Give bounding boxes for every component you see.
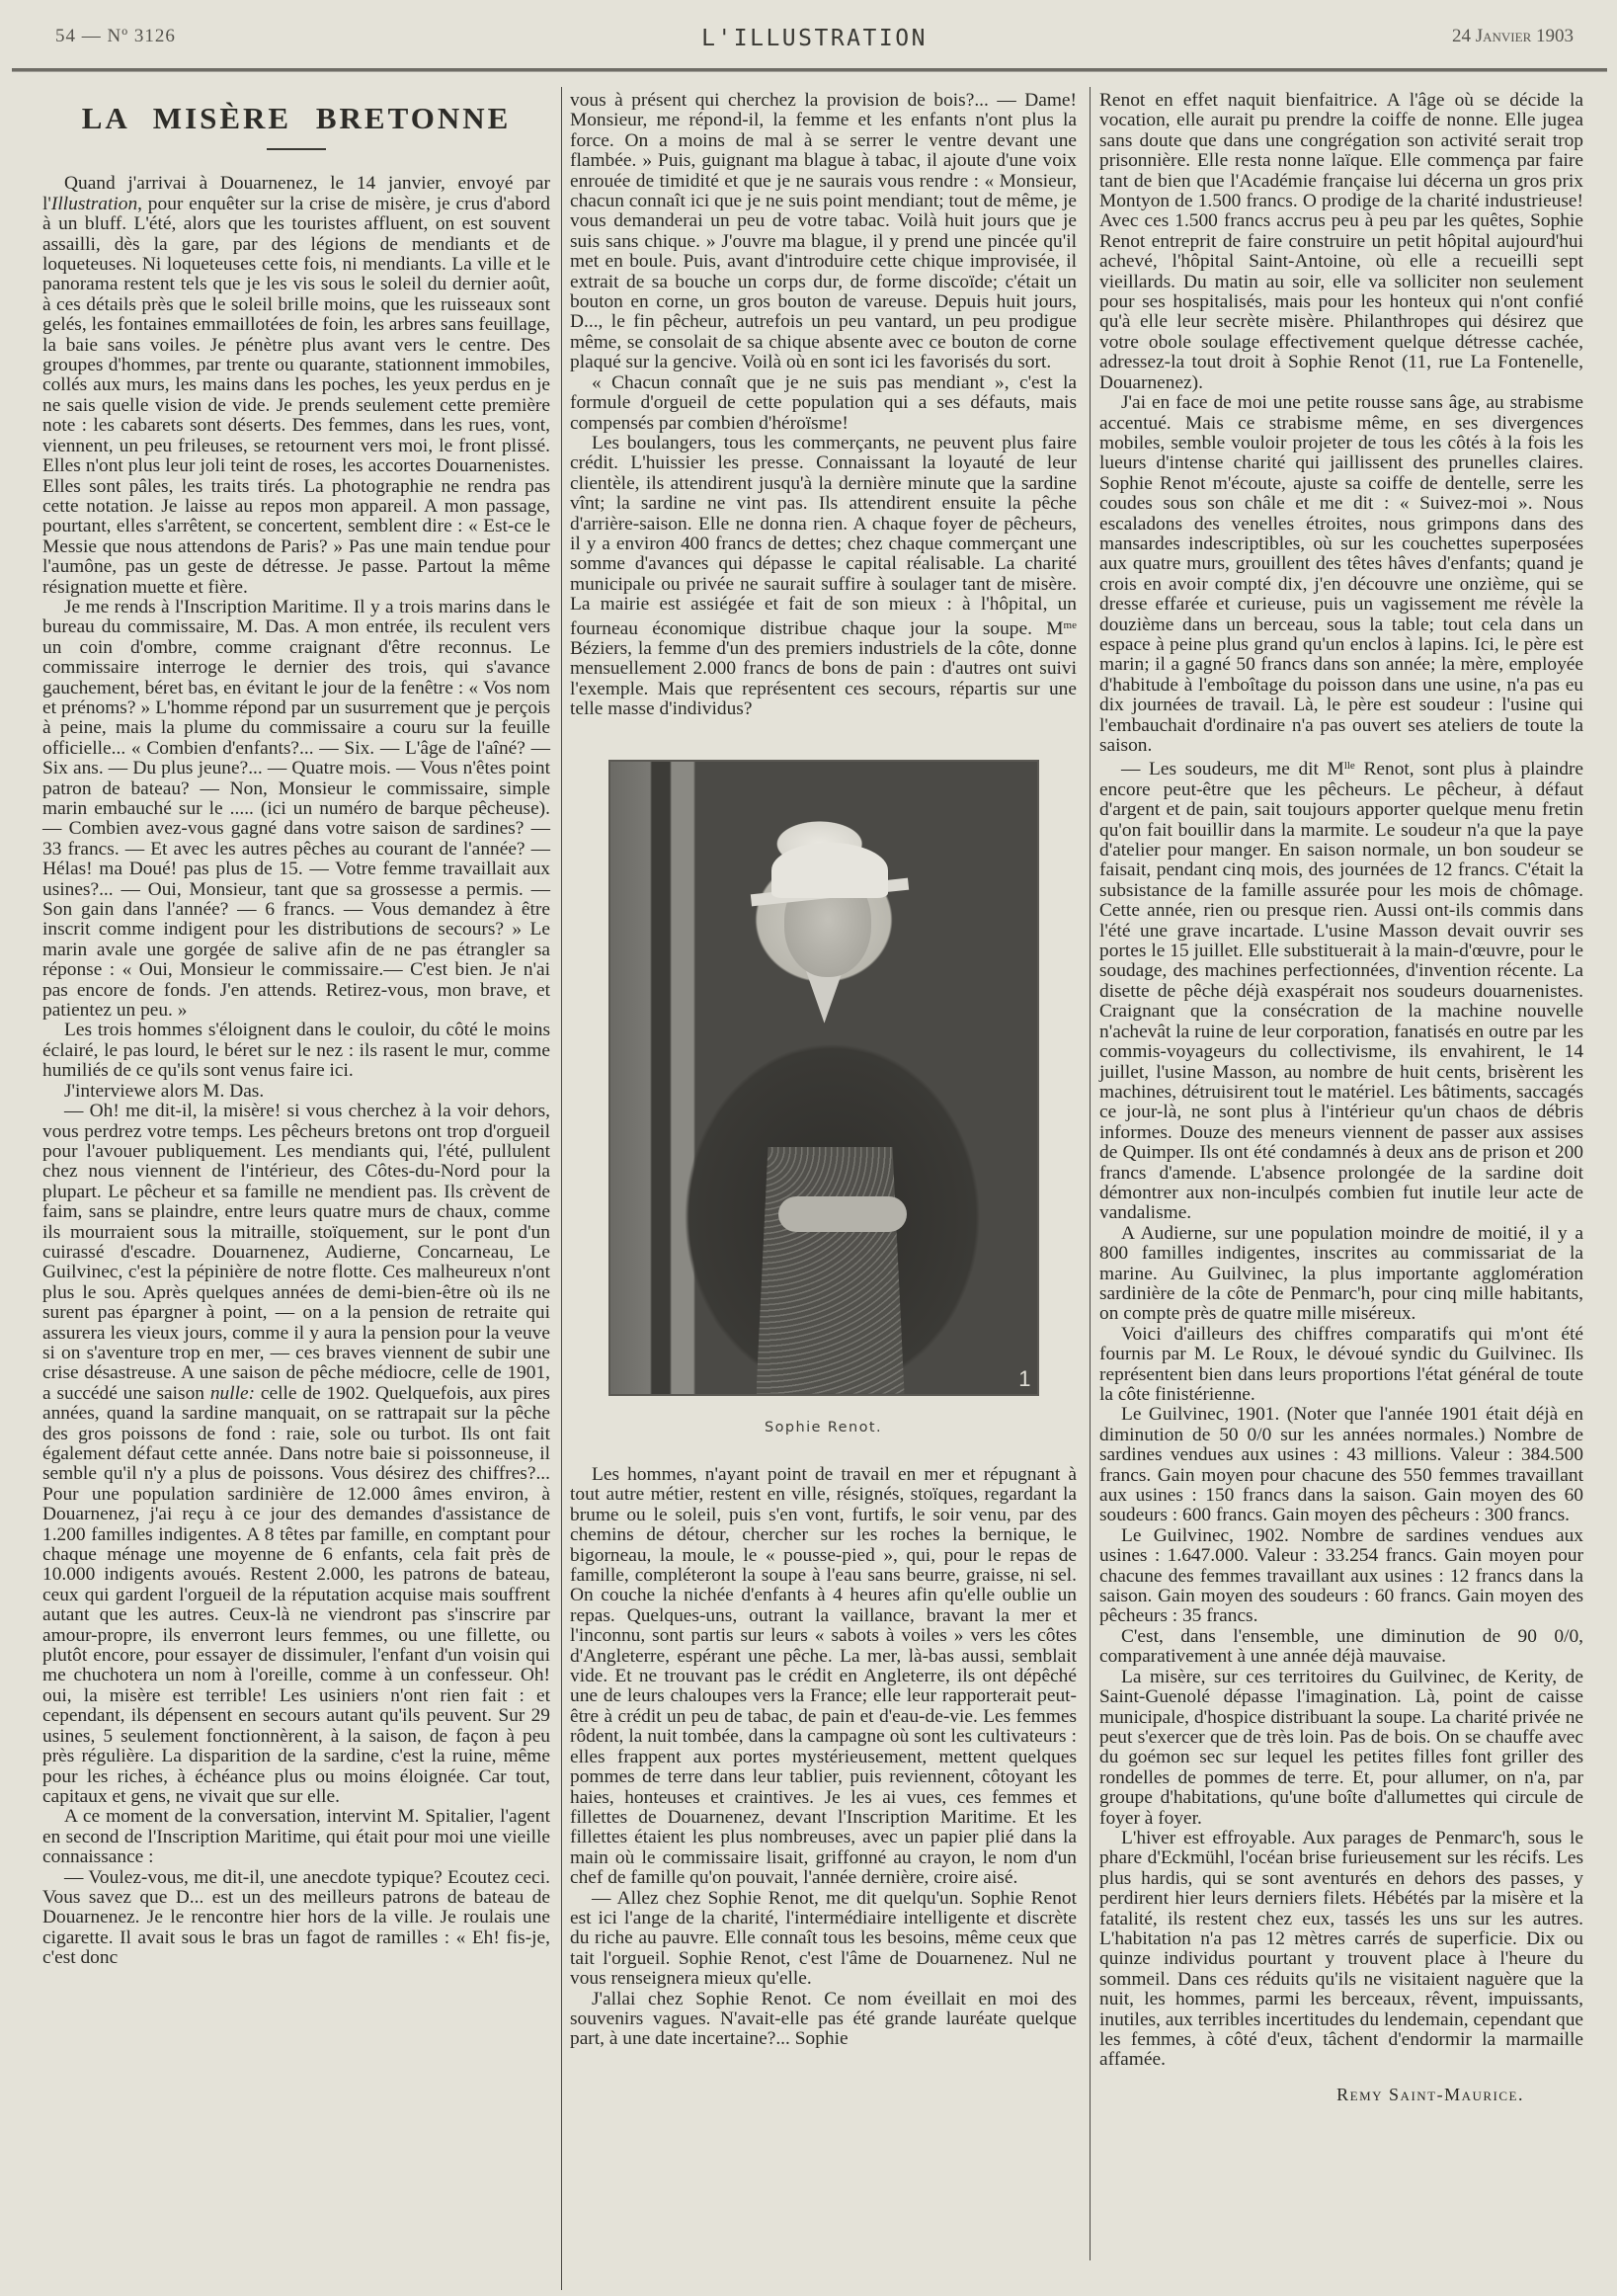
title-rule bbox=[267, 148, 326, 150]
masthead: 54 — Nº 3126 L'ILLUSTRATION 24 Janvier 1… bbox=[51, 22, 1577, 51]
paragraph: Les hommes, n'ayant point de travail en … bbox=[570, 1465, 1077, 1889]
paragraph: — Oh! me dit-il, la misère! si vous cher… bbox=[42, 1102, 550, 1807]
date-day: 24 bbox=[1452, 26, 1471, 46]
paragraph: Les boulangers, tous les commerçants, ne… bbox=[570, 434, 1077, 720]
photo-apron bbox=[757, 1147, 905, 1394]
paragraph: Le Guilvinec, 1902. Nombre de sardines v… bbox=[1099, 1526, 1583, 1627]
photo-coiffe bbox=[771, 843, 888, 898]
article-column-1: LA MISÈRE BRETONNE Quand j'arrivai à Dou… bbox=[42, 99, 550, 1969]
paragraph: — Allez chez Sophie Renot, me dit quelqu… bbox=[570, 1889, 1077, 1990]
paragraph: Voici d'ailleurs des chiffres comparatif… bbox=[1099, 1325, 1583, 1406]
paragraph: A ce moment de la conversation, intervin… bbox=[42, 1807, 550, 1867]
article-column-3: Renot en effet naquit bienfaitrice. A l'… bbox=[1099, 91, 1583, 2104]
column-divider bbox=[1090, 87, 1091, 2260]
column-divider bbox=[561, 87, 562, 2290]
publication-title: L'ILLUSTRATION bbox=[51, 26, 1577, 51]
figure-caption: Sophie Renot. bbox=[570, 1418, 1077, 1437]
paragraph: « Chacun connaît que je ne suis pas mend… bbox=[570, 373, 1077, 434]
author-signature: Remy Saint-Maurice. bbox=[1099, 2085, 1524, 2104]
paragraph: J'allai chez Sophie Renot. Ce nom éveill… bbox=[570, 1990, 1077, 2050]
masthead-rule bbox=[12, 68, 1607, 72]
date-month: Janvier bbox=[1476, 26, 1532, 46]
paragraph: Renot en effet naquit bienfaitrice. A l'… bbox=[1099, 91, 1583, 393]
paragraph: Quand j'arrivai à Douarnenez, le 14 janv… bbox=[42, 174, 550, 598]
figure: 1 Sophie Renot. bbox=[570, 760, 1077, 1437]
paragraph: Les trois hommes s'éloignent dans le cou… bbox=[42, 1021, 550, 1081]
paragraph: La misère, sur ces territoires du Guilvi… bbox=[1099, 1668, 1583, 1829]
article-title: LA MISÈRE BRETONNE bbox=[42, 109, 550, 128]
paragraph: vous à présent qui cherchez la provision… bbox=[570, 91, 1077, 373]
figure-number: 1 bbox=[1018, 1369, 1030, 1389]
paragraph: — Voulez-vous, me dit-il, une anecdote t… bbox=[42, 1868, 550, 1969]
photo-hands bbox=[778, 1196, 907, 1232]
paragraph: C'est, dans l'ensemble, une diminution d… bbox=[1099, 1627, 1583, 1668]
paragraph: L'hiver est effroyable. Aux parages de P… bbox=[1099, 1829, 1583, 2071]
paragraph: J'ai en face de moi une petite rousse sa… bbox=[1099, 393, 1583, 756]
newspaper-page: 54 — Nº 3126 L'ILLUSTRATION 24 Janvier 1… bbox=[0, 0, 1617, 2296]
portrait-photo: 1 bbox=[608, 760, 1039, 1396]
publication-name-italic: Illustration bbox=[51, 194, 137, 214]
article-column-2: vous à présent qui cherchez la provision… bbox=[570, 91, 1077, 2050]
paragraph: — Les soudeurs, me dit Mlle Renot, sont … bbox=[1099, 756, 1583, 1223]
date-year: 1903 bbox=[1536, 26, 1574, 46]
paragraph: A Audierne, sur une population moindre d… bbox=[1099, 1224, 1583, 1325]
paragraph: J'interviewe alors M. Das. bbox=[42, 1082, 550, 1102]
issue-date: 24 Janvier 1903 bbox=[1452, 26, 1574, 47]
paragraph: Je me rends à l'Inscription Maritime. Il… bbox=[42, 598, 550, 1022]
paragraph: Le Guilvinec, 1901. (Noter que l'année 1… bbox=[1099, 1405, 1583, 1525]
